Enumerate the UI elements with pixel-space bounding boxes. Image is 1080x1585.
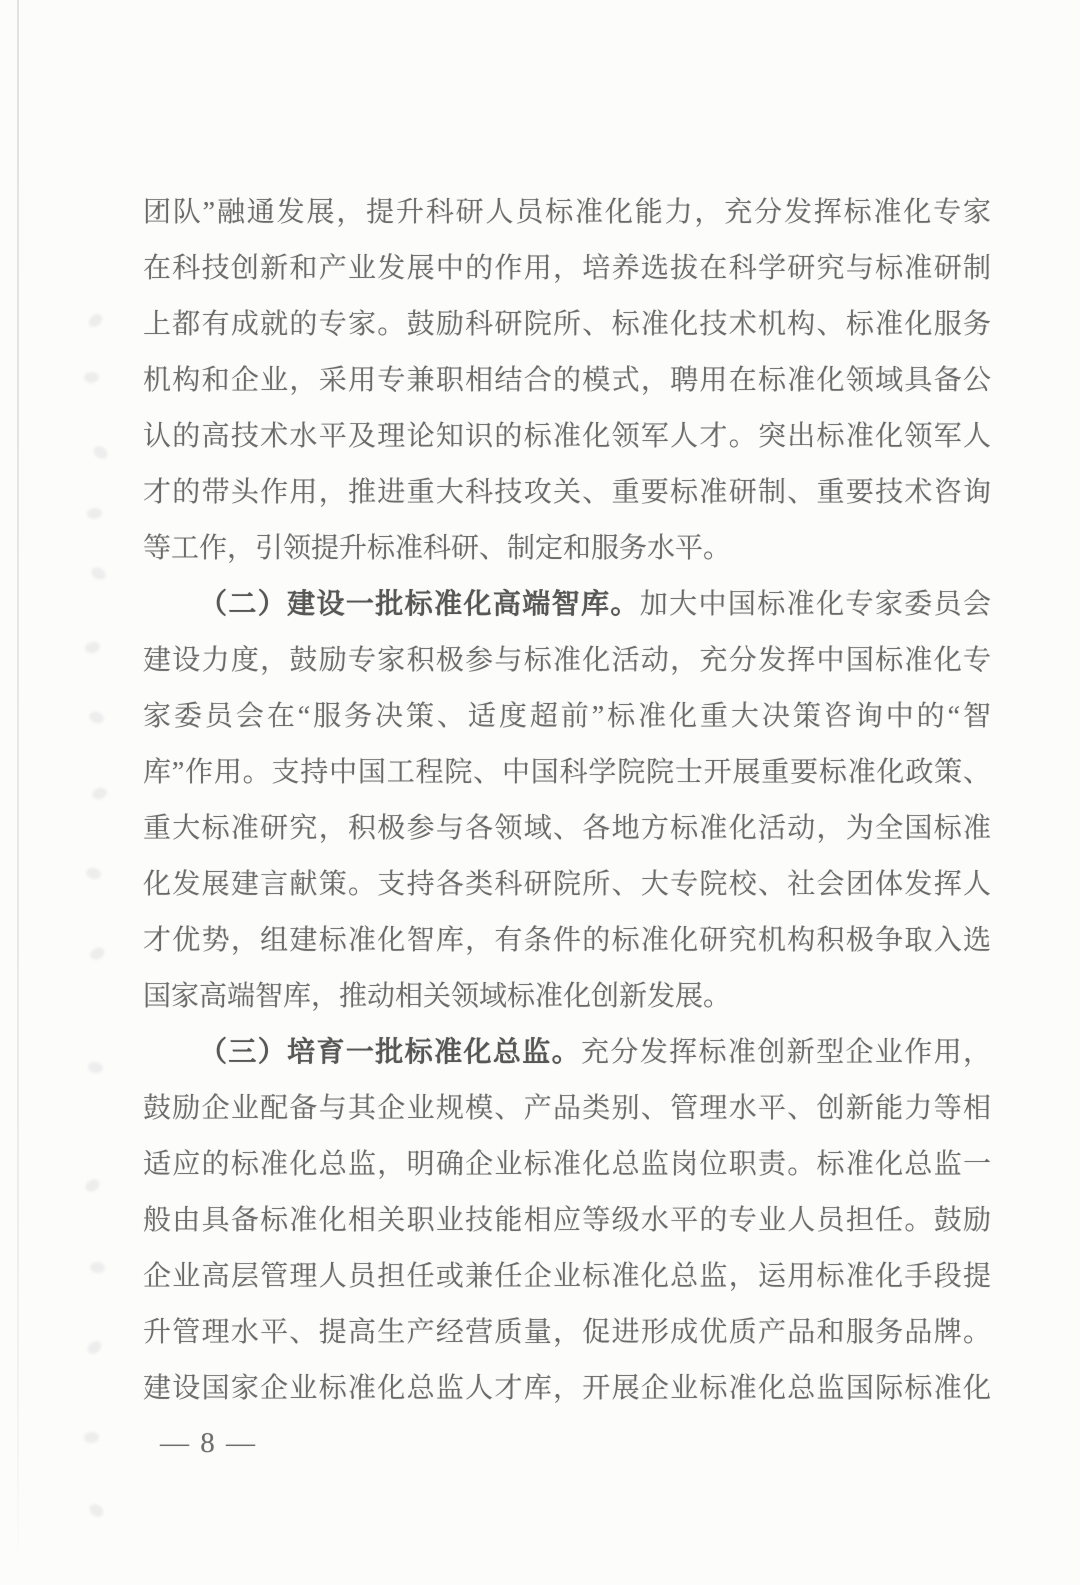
document-body: 团队”融通发展，提升科研人员标准化能力，充分发挥标准化专家在科技创新和产业发展中…: [143, 185, 991, 1417]
line-text: 才优势，组建标准化智库，有条件的标准化研究机构积极争取入选: [143, 925, 991, 956]
text-line: 鼓励企业配备与其企业规模、产品类别、管理水平、创新能力等相: [143, 1081, 991, 1137]
text-line: 团队”融通发展，提升科研人员标准化能力，充分发挥标准化专家: [143, 185, 991, 241]
text-line: 适应的标准化总监，明确企业标准化总监岗位职责。标准化总监一: [143, 1137, 991, 1193]
scan-smudge: [85, 866, 102, 881]
line-text: 适应的标准化总监，明确企业标准化总监岗位职责。标准化总监一: [143, 1149, 991, 1180]
text-line: 建设国家企业标准化总监人才库，开展企业标准化总监国际标准化: [143, 1361, 991, 1417]
line-text: 鼓励企业配备与其企业规模、产品类别、管理水平、创新能力等相: [143, 1093, 991, 1124]
line-text: 国家高端智库，推动相关领域标准化创新发展。: [143, 981, 731, 1012]
page-edge-line: [17, 0, 19, 1565]
text-line: （二）建设一批标准化高端智库。加大中国标准化专家委员会: [143, 577, 991, 633]
document-page: 团队”融通发展，提升科研人员标准化能力，充分发挥标准化专家在科技创新和产业发展中…: [0, 0, 1080, 1585]
paragraph-2-think-tanks: （二）建设一批标准化高端智库。加大中国标准化专家委员会建设力度，鼓励专家积极参与…: [143, 577, 991, 1025]
scan-smudge: [91, 786, 109, 802]
line-text: 才的带头作用，推进重大科技攻关、重要标准研制、重要技术咨询: [143, 477, 991, 508]
scan-smudge: [89, 565, 107, 582]
line-text: 在科技创新和产业发展中的作用，培养选拔在科学研究与标准研制: [143, 253, 991, 284]
text-line: 库”作用。支持中国工程院、中国科学院院士开展重要标准化政策、: [143, 745, 991, 801]
line-text: 充分发挥标准创新型企业作用，: [581, 1037, 991, 1068]
scan-smudge: [87, 1502, 106, 1520]
line-text: 重大标准研究，积极参与各领域、各地方标准化活动，为全国标准: [143, 813, 991, 844]
text-line: 升管理水平、提高生产经营质量，促进形成优质产品和服务品牌。: [143, 1305, 991, 1361]
scan-smudge: [86, 507, 103, 520]
text-line: 化发展建言献策。支持各类科研院所、大专院校、社会团体发挥人: [143, 857, 991, 913]
line-text: 化发展建言献策。支持各类科研院所、大专院校、社会团体发挥人: [143, 869, 991, 900]
scan-smudge: [85, 1339, 104, 1357]
scan-smudge: [88, 945, 106, 962]
line-text: 企业高层管理人员担任或兼任企业标准化总监，运用标准化手段提: [143, 1261, 991, 1292]
line-text: 库”作用。支持中国工程院、中国科学院院士开展重要标准化政策、: [143, 757, 991, 788]
scan-smudge: [87, 710, 105, 726]
line-text: 上都有成就的专家。鼓励科研院所、标准化技术机构、标准化服务: [143, 309, 991, 340]
text-line: （三）培育一批标准化总监。充分发挥标准创新型企业作用，: [143, 1025, 991, 1081]
text-line: 认的高技术水平及理论知识的标准化领军人才。突出标准化领军人: [143, 409, 991, 465]
text-line: 才优势，组建标准化智库，有条件的标准化研究机构积极争取入选: [143, 913, 991, 969]
text-line: 重大标准研究，积极参与各领域、各地方标准化活动，为全国标准: [143, 801, 991, 857]
line-text: 等工作，引领提升标准科研、制定和服务水平。: [143, 533, 731, 564]
line-text: 团队”融通发展，提升科研人员标准化能力，充分发挥标准化专家: [143, 197, 991, 228]
paragraph-1-continuation: 团队”融通发展，提升科研人员标准化能力，充分发挥标准化专家在科技创新和产业发展中…: [143, 185, 991, 577]
scan-smudge: [84, 1432, 99, 1444]
line-text: 般由具备标准化相关职业技能相应等级水平的专业人员担任。鼓励: [143, 1205, 991, 1236]
paragraph-lead-bold: （二）建设一批标准化高端智库。: [199, 589, 640, 620]
line-text: 升管理水平、提高生产经营质量，促进形成优质产品和服务品牌。: [143, 1317, 991, 1348]
scan-smudge: [86, 311, 105, 329]
scan-smudge: [83, 1177, 102, 1194]
line-text: 加大中国标准化专家委员会: [640, 589, 991, 620]
line-text: 家委员会在“服务决策、适度超前”标准化重大决策咨询中的“智: [143, 701, 991, 732]
text-line: 企业高层管理人员担任或兼任企业标准化总监，运用标准化手段提: [143, 1249, 991, 1305]
paragraph-3-chief-standardization-officers: （三）培育一批标准化总监。充分发挥标准创新型企业作用，鼓励企业配备与其企业规模、…: [143, 1025, 991, 1417]
text-line: 在科技创新和产业发展中的作用，培养选拔在科学研究与标准研制: [143, 241, 991, 297]
scan-smudge: [87, 1061, 104, 1074]
line-text: 建设力度，鼓励专家积极参与标准化活动，充分发挥中国标准化专: [143, 645, 991, 676]
page-number: — 8 —: [160, 1422, 257, 1464]
text-line: 建设力度，鼓励专家积极参与标准化活动，充分发挥中国标准化专: [143, 633, 991, 689]
paragraph-lead-bold: （三）培育一批标准化总监。: [199, 1037, 581, 1068]
text-line: 等工作，引领提升标准科研、制定和服务水平。: [143, 521, 991, 577]
scan-smudge: [91, 444, 110, 462]
line-text: 建设国家企业标准化总监人才库，开展企业标准化总监国际标准化: [143, 1373, 991, 1404]
scan-smudge: [90, 1261, 106, 1273]
scan-smudge: [84, 372, 100, 384]
text-line: 才的带头作用，推进重大科技攻关、重要标准研制、重要技术咨询: [143, 465, 991, 521]
line-text: 认的高技术水平及理论知识的标准化领军人才。突出标准化领军人: [143, 421, 991, 452]
scan-smudge: [84, 640, 101, 655]
text-line: 机构和企业，采用专兼职相结合的模式，聘用在标准化领域具备公: [143, 353, 991, 409]
text-line: 上都有成就的专家。鼓励科研院所、标准化技术机构、标准化服务: [143, 297, 991, 353]
text-line: 般由具备标准化相关职业技能相应等级水平的专业人员担任。鼓励: [143, 1193, 991, 1249]
text-line: 家委员会在“服务决策、适度超前”标准化重大决策咨询中的“智: [143, 689, 991, 745]
line-text: 机构和企业，采用专兼职相结合的模式，聘用在标准化领域具备公: [143, 365, 991, 396]
text-line: 国家高端智库，推动相关领域标准化创新发展。: [143, 969, 991, 1025]
